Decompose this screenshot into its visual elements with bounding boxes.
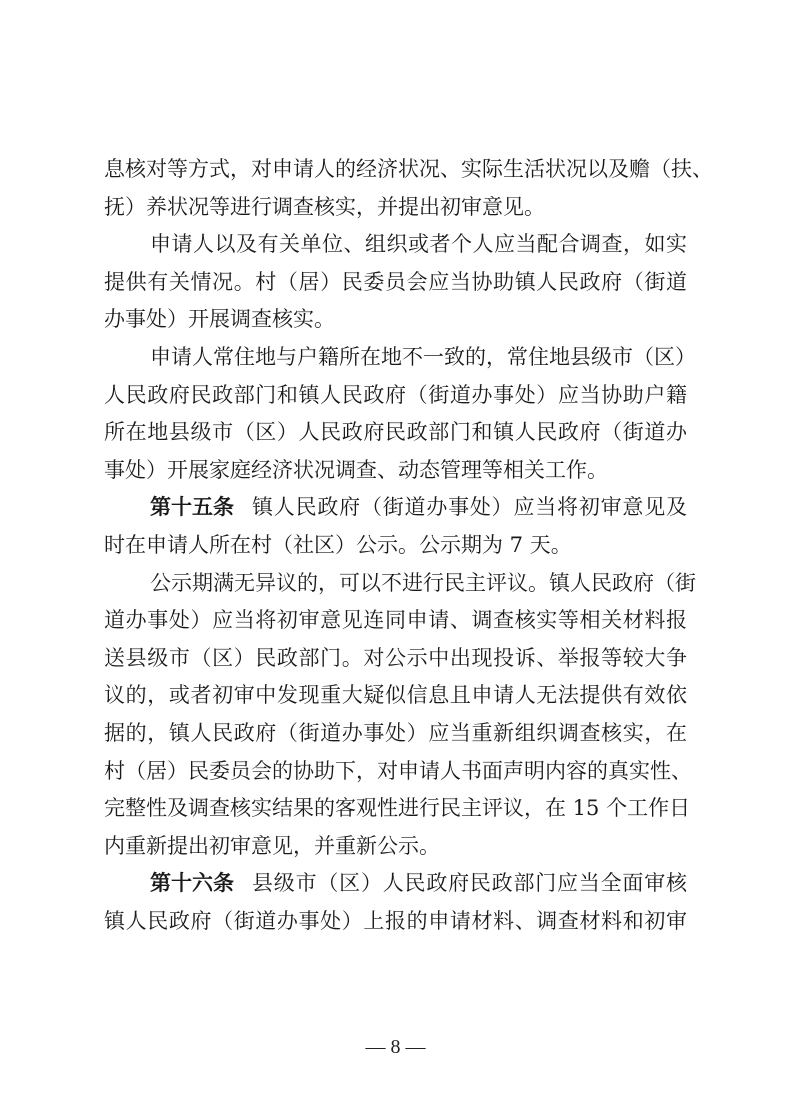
text-line-1: 息核对等方式，对申请人的经济状况、实际生活状况以及赡（扶、: [104, 151, 687, 189]
text-line-2: 抚）养状况等进行调查核实，并提出初审意见。: [104, 189, 687, 227]
text-line-15: 议的，或者初审中发现重大疑似信息且申请人无法提供有效依: [104, 677, 687, 715]
text-line-13: 道办事处）应当将初审意见连同申请、调查核实等相关材料报: [104, 602, 687, 640]
text-line-19: 内重新提出初审意见，并重新公示。: [104, 828, 687, 866]
text-line-3: 申请人以及有关单位、组织或者个人应当配合调查，如实: [104, 226, 687, 264]
text-line-17: 村（居）民委员会的协助下，对申请人书面声明内容的真实性、: [104, 753, 687, 791]
text-line-8: 所在地县级市（区）人民政府民政部门和镇人民政府（街道办: [104, 414, 687, 452]
article-15-line: 第十五条 镇人民政府（街道办事处）应当将初审意见及: [104, 489, 687, 527]
text-line-16: 据的，镇人民政府（街道办事处）应当重新组织调查核实，在: [104, 715, 687, 753]
text-line-10: 镇人民政府（街道办事处）应当将初审意见及: [252, 489, 687, 527]
article-heading-16: 第十六条: [150, 865, 234, 903]
text-line-11: 时在申请人所在村（社区）公示。公示期为 7 天。: [104, 527, 687, 565]
article-heading-15: 第十五条: [150, 489, 234, 527]
text-line-21: 镇人民政府（街道办事处）上报的申请材料、调查材料和初审: [104, 903, 687, 941]
text-line-6: 申请人常住地与户籍所在地不一致的，常住地县级市（区）: [104, 339, 687, 377]
text-line-4: 提供有关情况。村（居）民委员会应当协助镇人民政府（街道: [104, 264, 687, 302]
text-line-18: 完整性及调查核实结果的客观性进行民主评议，在 15 个工作日: [104, 790, 687, 828]
text-line-9: 事处）开展家庭经济状况调查、动态管理等相关工作。: [104, 452, 687, 490]
text-line-5: 办事处）开展调查核实。: [104, 301, 687, 339]
article-16-line: 第十六条 县级市（区）人民政府民政部门应当全面审核: [104, 865, 687, 903]
text-line-14: 送县级市（区）民政部门。对公示中出现投诉、举报等较大争: [104, 640, 687, 678]
document-body: 息核对等方式，对申请人的经济状况、实际生活状况以及赡（扶、 抚）养状况等进行调查…: [104, 151, 687, 940]
text-line-20: 县级市（区）人民政府民政部门应当全面审核: [252, 865, 687, 903]
text-line-7: 人民政府民政部门和镇人民政府（街道办事处）应当协助户籍: [104, 377, 687, 415]
text-line-12: 公示期满无异议的，可以不进行民主评议。镇人民政府（街: [104, 565, 687, 603]
page-number: — 8 —: [0, 1036, 791, 1059]
